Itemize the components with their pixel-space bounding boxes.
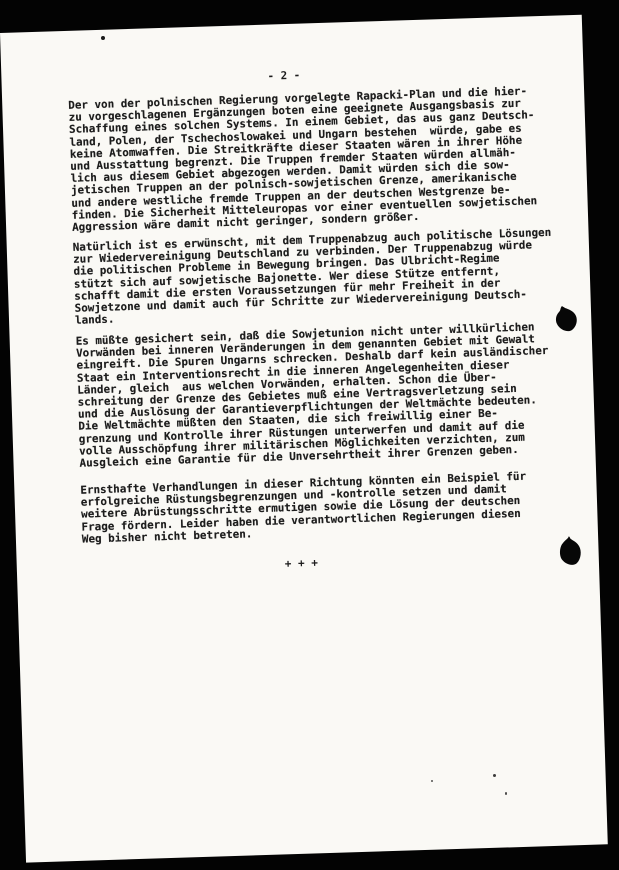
- ink-blot-icon: [555, 536, 582, 567]
- end-separator: + + +: [285, 556, 319, 570]
- dust-speck: [493, 774, 496, 777]
- dust-speck: [505, 792, 507, 795]
- paragraph-3: Es müßte gesichert sein, daß die Sowjetu…: [76, 321, 552, 470]
- paragraph-1: Der von der polnischen Regierung vorgele…: [68, 85, 538, 234]
- dust-speck: [101, 36, 105, 40]
- dust-speck: [431, 780, 433, 782]
- document-page: - 2 - Der von der polnischen Regierung v…: [0, 15, 608, 863]
- paragraph-4: Ernsthafte Verhandlungen in dieser Richt…: [80, 471, 528, 546]
- ink-blot-icon: [555, 305, 578, 333]
- paragraph-2: Natürlich ist es erwünscht, mit dem Trup…: [73, 227, 554, 327]
- scanned-document: - 2 - Der von der polnischen Regierung v…: [0, 0, 619, 870]
- page-number: - 2 -: [267, 69, 300, 83]
